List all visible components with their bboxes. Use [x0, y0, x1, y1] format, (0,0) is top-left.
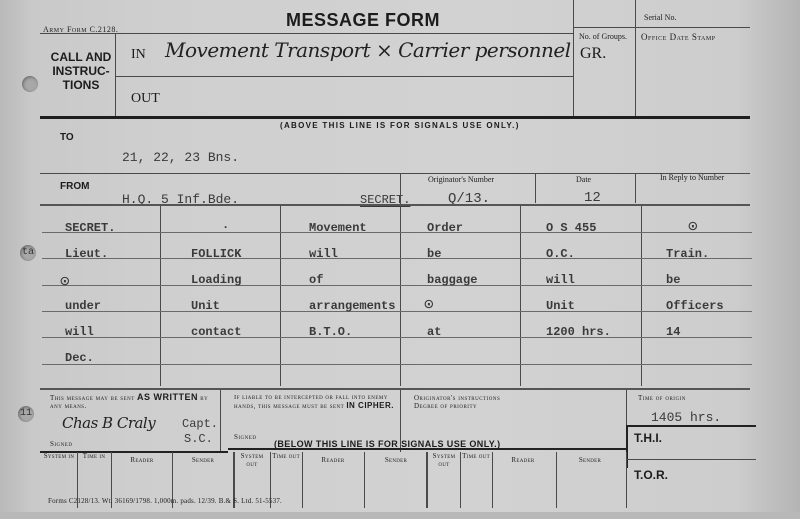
- grid-col-divider-3: [400, 206, 401, 386]
- col-header: Time out: [461, 452, 491, 460]
- grid-cell: B.T.O.: [309, 325, 352, 339]
- col-header: Sender: [365, 456, 427, 464]
- grid-cell: Lieut.: [65, 247, 108, 261]
- originator-left-divider: [400, 173, 401, 205]
- to-label: TO: [60, 132, 74, 143]
- thi-top-rule: [626, 425, 756, 427]
- grid-cell: Officers: [666, 299, 724, 313]
- grid-cell: SECRET.: [65, 221, 115, 235]
- page-bottom-edge: [0, 512, 800, 519]
- grid-cell: Dec.: [65, 351, 94, 365]
- grid-row-rule-5: [42, 337, 752, 338]
- grid-row-rule-3: [42, 285, 752, 286]
- in-reply-to-number-label: In Reply to Number: [660, 173, 724, 182]
- grid-cell: O.C.: [546, 247, 575, 261]
- in-out-rule: [115, 76, 573, 77]
- date-left-divider: [535, 173, 536, 203]
- call-and-instructions-label: CALL AND INSTRUC-TIONS: [50, 50, 112, 92]
- degree-of-priority-label: Degree of priority: [414, 402, 477, 410]
- grid-col-divider-2: [280, 206, 281, 386]
- grid-cell: .: [222, 218, 229, 232]
- grid-cell: baggage: [427, 273, 477, 287]
- groups-left-divider: [573, 0, 574, 117]
- from-bottom-rule: [40, 204, 750, 206]
- handwritten-circled-dot: ⊙: [688, 216, 698, 236]
- cipher-bold: IN CIPHER.: [346, 401, 394, 410]
- footer-divider-1: [220, 390, 221, 452]
- col-divider: [460, 452, 461, 508]
- thi-label: T.H.I.: [634, 431, 662, 445]
- message-form-paper: Army Form C.2128. MESSAGE FORM Serial No…: [0, 0, 800, 519]
- grid-cell: 1200 hrs.: [546, 325, 611, 339]
- no-of-groups-value: GR.: [580, 45, 606, 63]
- grid-cell: O S 455: [546, 221, 596, 235]
- grid-cell: of: [309, 273, 323, 287]
- time-of-origin-value: 1405 hrs.: [651, 410, 721, 425]
- signature: Chas B Craly: [62, 414, 155, 432]
- handwritten-circled-dot: ⊙: [60, 271, 70, 291]
- grid-cell: be: [666, 273, 680, 287]
- col-divider: [626, 452, 627, 508]
- footer-top-rule: [40, 388, 750, 390]
- above-line-note: (ABOVE THIS LINE IS FOR SIGNALS USE ONLY…: [280, 121, 520, 130]
- grid-cell: will: [546, 273, 575, 287]
- in-handwritten-value: Movement Transport × Carrier personnel: [165, 38, 571, 62]
- grid-cell: be: [427, 247, 441, 261]
- signals-top-rule: [40, 116, 750, 119]
- punch-hole: [22, 76, 38, 92]
- signed-label-2: Signed: [234, 433, 256, 441]
- as-written-bold: AS WRITTEN: [137, 392, 198, 402]
- col-header: System out: [235, 452, 269, 468]
- col-header: Reader: [493, 456, 553, 464]
- grid-col-divider-1: [160, 206, 161, 386]
- in-label: IN: [131, 47, 146, 63]
- time-of-origin-label: Time of origin: [638, 394, 686, 402]
- office-date-stamp-label: Office Date Stamp: [641, 32, 716, 42]
- header-rule: [40, 33, 573, 34]
- grid-cell: 14: [666, 325, 680, 339]
- grid-cell: under: [65, 299, 101, 313]
- out-label: OUT: [131, 91, 160, 107]
- grid-cell: Train.: [666, 247, 709, 261]
- grid-cell: Order: [427, 221, 463, 235]
- signed-label: Signed: [50, 440, 72, 448]
- grid-cell: contact: [191, 325, 241, 339]
- col-header: Sender: [173, 456, 233, 464]
- serial-no-label: Serial No.: [644, 13, 676, 22]
- col-header: Time in: [78, 452, 110, 460]
- to-value: 21, 22, 23 Bns.: [122, 150, 239, 165]
- call-divider: [115, 33, 116, 117]
- no-of-groups-label: No. of Groups.: [579, 32, 627, 41]
- reply-left-divider: [635, 173, 636, 203]
- col-header: Reader: [303, 456, 363, 464]
- grid-cell: arrangements: [309, 299, 395, 313]
- print-info: Forms C2128/13. Wt. 36169/1798. 1,000m. …: [48, 497, 282, 505]
- serial-rule: [573, 27, 750, 28]
- grid-col-divider-5: [641, 206, 642, 386]
- grid-cell: Loading: [191, 273, 241, 287]
- as-written-pre: This message may be sent: [50, 394, 135, 402]
- col-header: System in: [42, 452, 76, 460]
- from-label: FROM: [60, 181, 89, 192]
- grid-row-rule-4: [42, 311, 752, 312]
- grid-row-rule-6: [42, 364, 752, 365]
- grid-row-rule-2: [42, 258, 752, 259]
- col-header: Time out: [271, 452, 301, 460]
- signer-role: S.C.: [184, 432, 213, 446]
- grid-row-rule-1: [42, 232, 752, 233]
- punch-hole-11: 11: [18, 406, 34, 422]
- grid-cell: FOLLICK: [191, 247, 241, 261]
- col-header: Reader: [112, 456, 172, 464]
- grid-col-divider-4: [520, 206, 521, 386]
- grid-cell: Unit: [546, 299, 575, 313]
- grid-cell: will: [65, 325, 94, 339]
- as-written-note: This message may be sent AS WRITTEN by a…: [50, 393, 220, 410]
- col-header: System out: [428, 452, 460, 468]
- col-header: Sender: [557, 456, 623, 464]
- grid-cell: Movement: [309, 221, 367, 235]
- originator-number-label: Originator's Number: [428, 175, 494, 184]
- form-title: MESSAGE FORM: [286, 10, 440, 31]
- punch-hole-ta: ta: [20, 245, 36, 261]
- stamp-left-divider: [635, 0, 636, 117]
- grid-cell: will: [309, 247, 338, 261]
- to-from-rule: [40, 173, 750, 174]
- handwritten-circled-dot: ⊙: [424, 294, 434, 314]
- signals-bottom-rule-right: [228, 448, 628, 450]
- originator-instructions-label: Originator's instructions: [414, 394, 500, 402]
- signer-rank: Capt.: [182, 417, 218, 431]
- grid-cell: at: [427, 325, 441, 339]
- cipher-note: If liable to be intercepted or fall into…: [234, 394, 396, 411]
- date-label: Date: [576, 175, 591, 184]
- grid-cell: Unit: [191, 299, 220, 313]
- tor-top-rule: [626, 459, 756, 460]
- tor-label: T.O.R.: [634, 468, 668, 482]
